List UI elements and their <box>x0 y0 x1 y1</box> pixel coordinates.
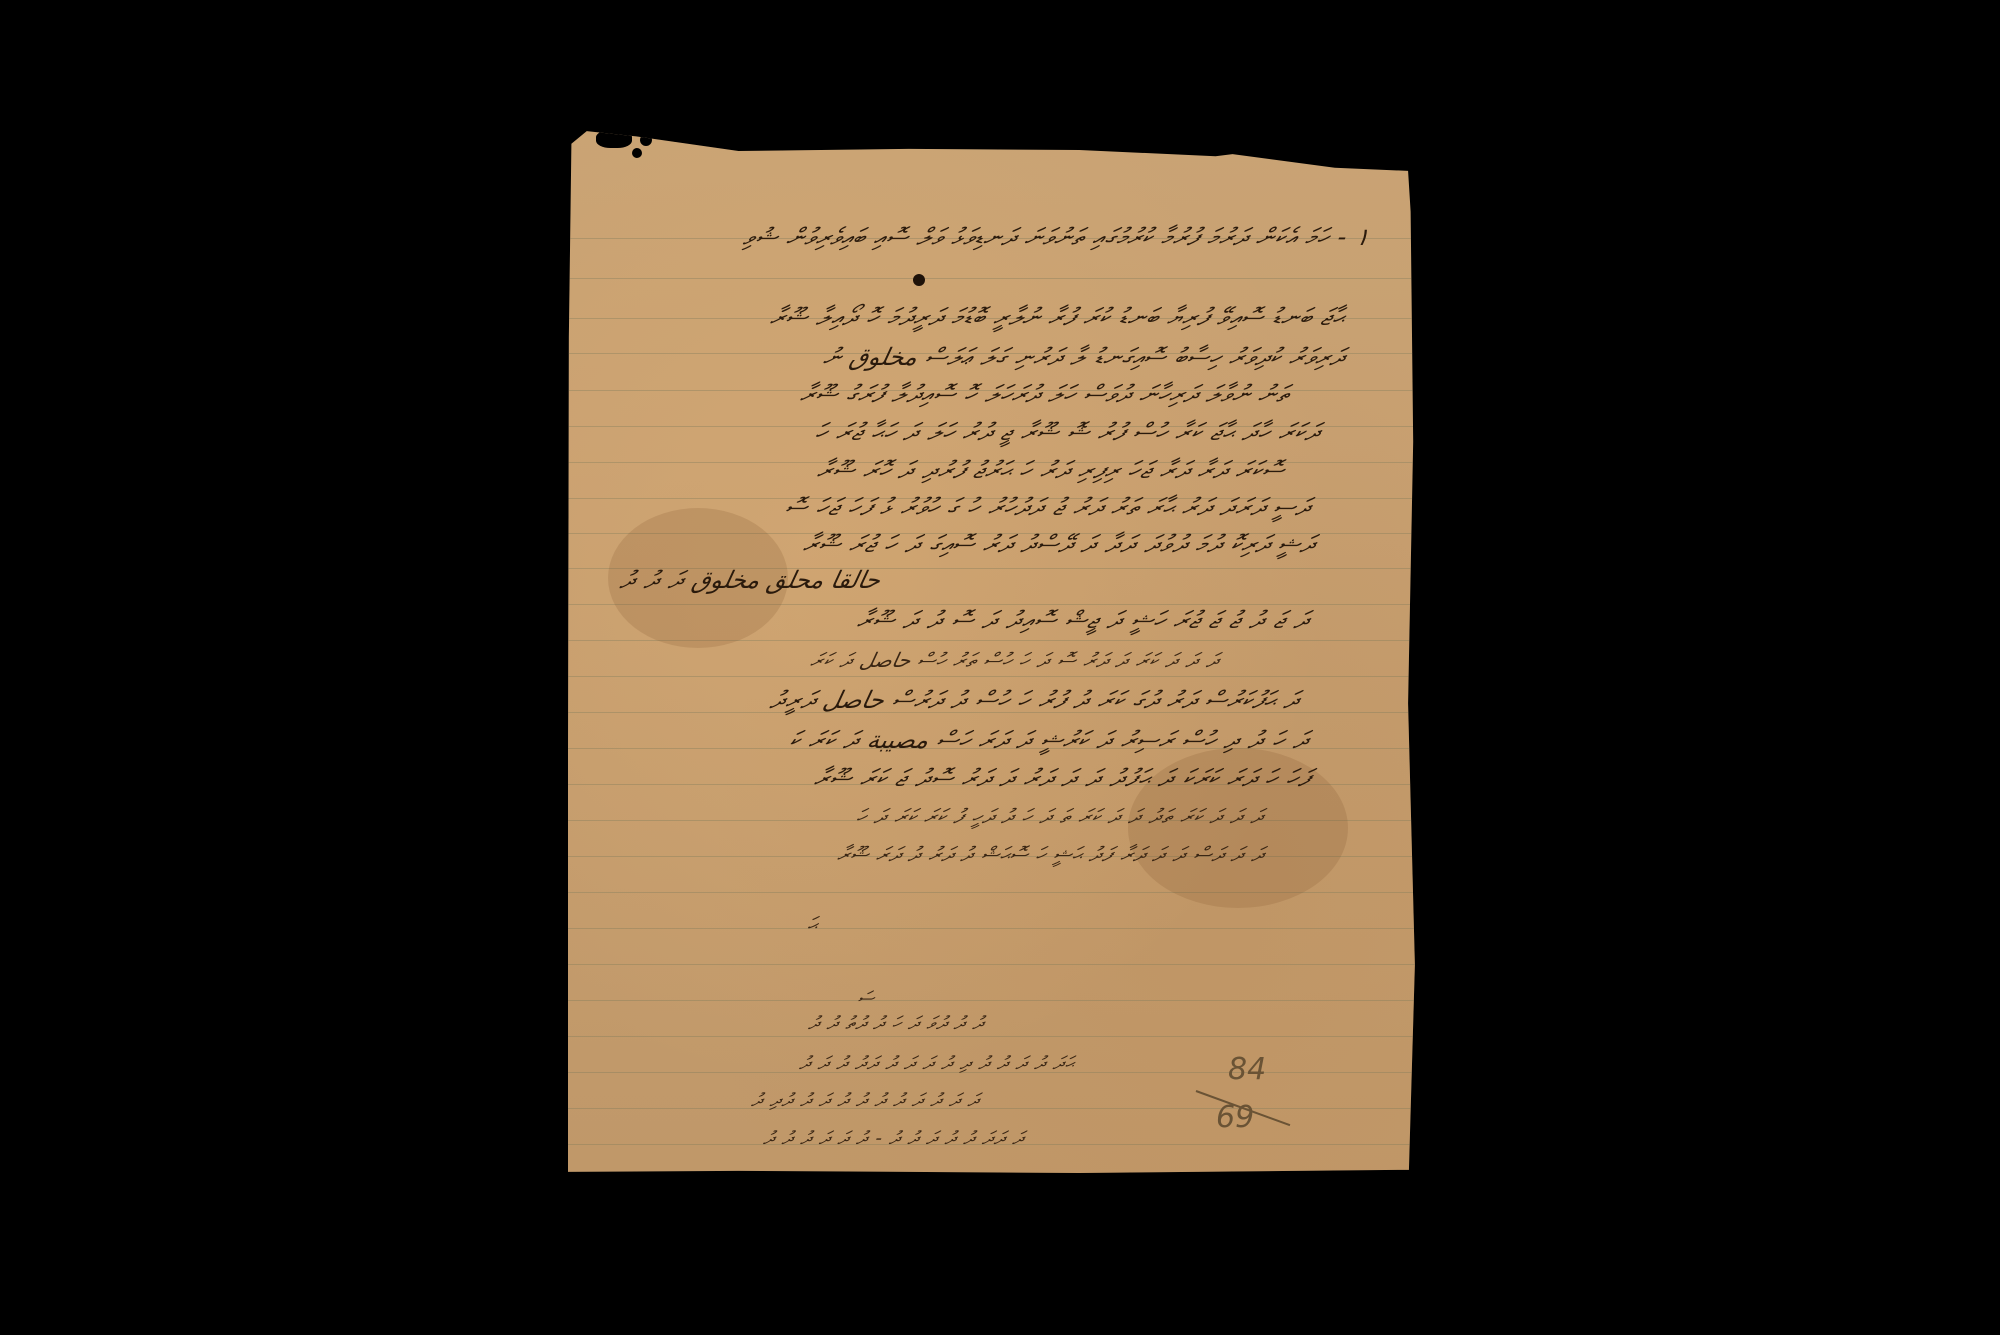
text-line-1: ١ - ހަމަ އެކަން ދަރުމަ ފުރުމާ ކުރުމުގައި… <box>741 223 1373 251</box>
text-line-12: ދަ ޙަފުކަރުސް ދަރު ދުގަ ކަރަ ދު ފުރު ހަ … <box>768 686 1303 714</box>
text-line-10: ދަ ޖަ ދު ޖު ޖަ ޖުރަ ހަޝީ ދަ ޖީޝް ސޮއިދު … <box>855 606 1313 634</box>
text-line-8: ދަޝީ ދަރިކޮ ދުމަ ދުވުދަ ދަދާ ދަ ދޭސްދު ދ… <box>801 530 1318 558</box>
ruled-line <box>568 1036 1420 1037</box>
text-line-15: ދަ ދަ ދަ ކަރަ ތަދު ދަ ދަ ކަރަ ތަ ދަ ހަ ދ… <box>855 804 1268 828</box>
text-line-3: ދަރިވަރު ކުދިވަރު ހިސާބު ސޮއިގަނޑު ލާ ދަ… <box>821 343 1348 371</box>
paper-hole <box>596 130 632 148</box>
paper-hole <box>632 148 642 158</box>
manuscript-page: ١ - ހަމަ އެކަން ދަރުމަ ފުރުމާ ކުރުމުގައި… <box>568 128 1420 1174</box>
closing-line-4: ދަ ދަދަ ދު ދު ދަ ދު ދު - ދު ދަ ދަ ދު ދު … <box>762 1128 1028 1149</box>
text-line-4: ތަނު ނުވާލަ ދަރިހާނަ ދުވަސް ހަލަ ދުރަހަލ… <box>798 380 1293 408</box>
paper-hole <box>640 134 652 146</box>
text-line-6: ސޮކަރަ ދަރާ ދަރާ ޖަހަ ރިފިރި ދަރު ހަ ޙަރ… <box>815 456 1288 484</box>
ink-blot <box>913 274 925 286</box>
text-line-2: ޙާޖަ ބަނޑު ސޮއިވޭ ފުރިޔާ ބަނޑު ކުރަ ފުރާ… <box>768 303 1348 331</box>
signature-mark: ޙަ <box>805 912 821 936</box>
text-line-14: ފަހަ ހަ ދަރަ ކަރަކަ ދަ ޙަފުދު ދަ ދަ ދަރު… <box>812 764 1313 792</box>
pencil-number-top: 84 <box>1228 1052 1266 1087</box>
closing-line-1: ދު ދު ދުވަ ދަ ހަ ދު ދުތު ދު ދު <box>807 1013 988 1034</box>
ruled-line <box>568 1000 1420 1001</box>
closing-line-2: ޙަދަ ދު ދަ ދު ދު ދި ދު ދަ ދަ ދު ދަދު ދު … <box>798 1053 1077 1074</box>
ruled-line <box>568 278 1420 279</box>
document-viewer: ١ - ހަމަ އެކަން ދަރުމަ ފުރުމާ ކުރުމުގައި… <box>0 0 2000 1335</box>
text-line-9: حالقا محلق مخلوق ދަ ދު ދު <box>618 566 883 594</box>
ruled-line <box>568 964 1420 965</box>
text-line-5: ދަކަރަ ހާދަ ޙާޖަ ކަރާ ހުސް ފުރު ޝޮ ޝޫރާ … <box>813 418 1323 446</box>
closing-line-3: ދަ ދަ ދު ދަ ދު ދު ދު ދު ދަ ދު ދުދި ދު <box>749 1090 982 1111</box>
separator-mark: ސަ <box>856 988 877 1009</box>
text-line-11: ދަ ދަ ދަ ކަރަ ދަ ދަރު ސޮ ދަ ހަ ހުސް ތަރު… <box>808 648 1222 672</box>
ruled-line <box>568 676 1420 677</box>
text-line-7: ދަސީ ދަރަދަ ދަރު ޙާރަ ތަރު ދަރު ޖު ދަދުހ… <box>783 493 1313 521</box>
paper-hole <box>671 134 681 142</box>
ruled-line <box>568 1108 1420 1109</box>
text-line-16: ދަ ދަ ދަސް ދަ ދަ ދަރާ ފަދު ޙަޝީ ހަ ސޮޙަޝ… <box>835 842 1267 866</box>
ruled-line <box>568 928 1420 929</box>
text-line-13: ދަ ހަ ދު ދި ހުސް ރަސިރު ދަ ކަރުޝީ ދަ ދަރ… <box>787 726 1313 754</box>
